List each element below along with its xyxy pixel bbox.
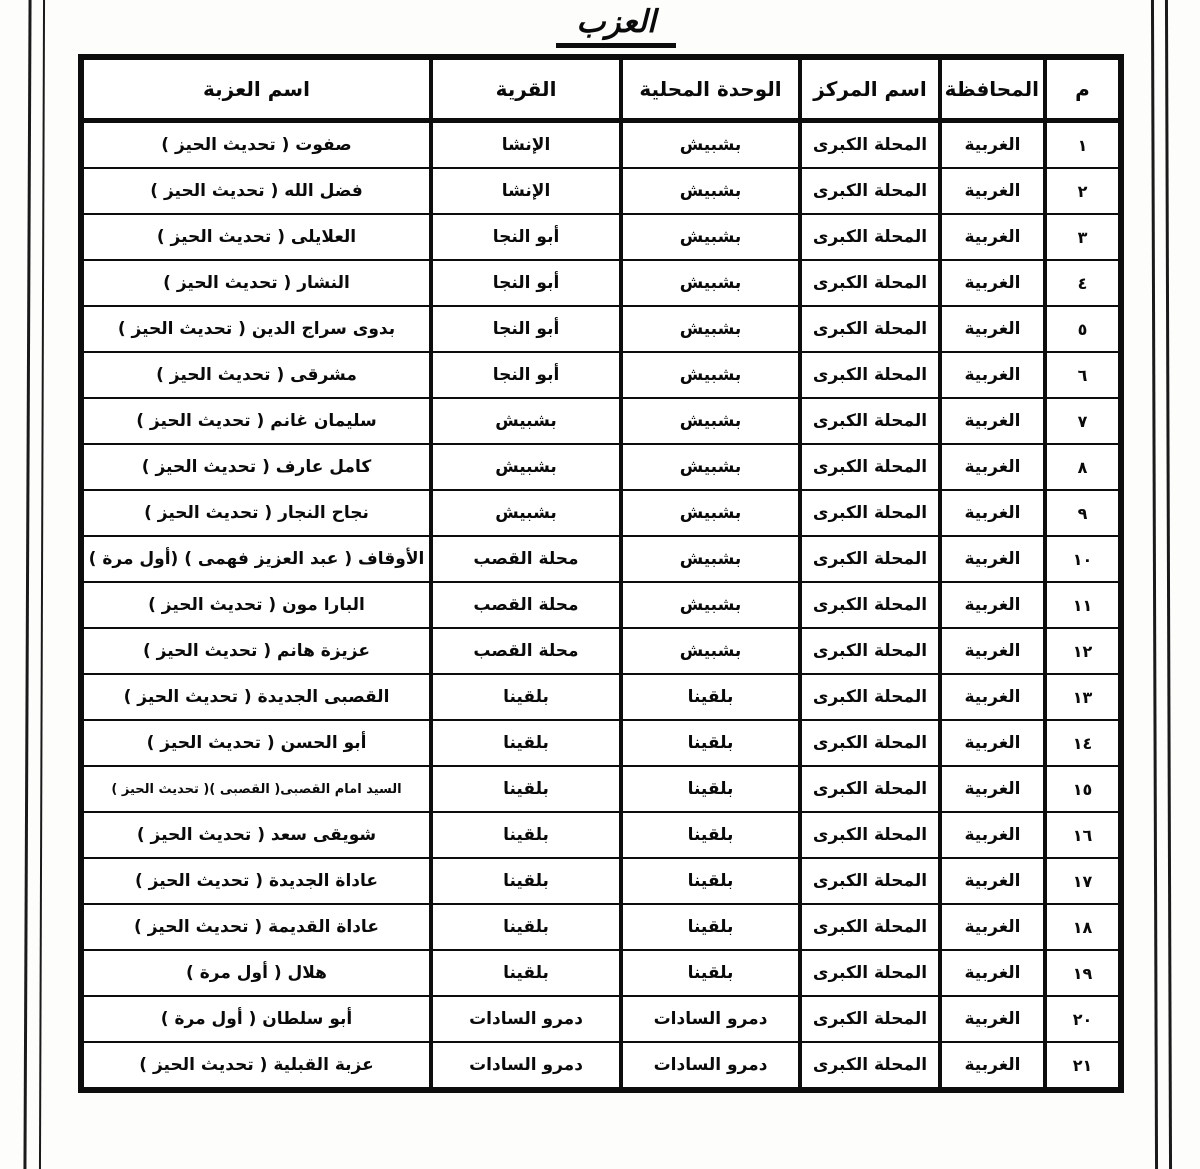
cell-center: المحلة الكبرى [800, 720, 940, 766]
cell-village: أبو النجا [431, 306, 621, 352]
cell-center: المحلة الكبرى [800, 306, 940, 352]
cell-local-unit: بشبيش [621, 444, 800, 490]
header-center: اسم المركز [800, 57, 940, 121]
cell-hamlet-name: عاداة القديمة ( تحديث الحيز ) [81, 904, 431, 950]
cell-hamlet-name: نجاح النجار ( تحديث الحيز ) [81, 490, 431, 536]
cell-local-unit: بشبيش [621, 536, 800, 582]
header-village: القرية [431, 57, 621, 121]
cell-number: ١١ [1045, 582, 1121, 628]
cell-hamlet-name: عزيزة هانم ( تحديث الحيز ) [81, 628, 431, 674]
header-local-unit: الوحدة المحلية [621, 57, 800, 121]
table-row: ١٥ الغربية المحلة الكبرى بلقينا بلقينا ا… [81, 766, 1121, 812]
cell-village: محلة القصب [431, 628, 621, 674]
cell-hamlet-name: بدوى سراج الدين ( تحديث الحيز ) [81, 306, 431, 352]
cell-number: ٧ [1045, 398, 1121, 444]
cell-village: بلقينا [431, 904, 621, 950]
cell-number: ١٠ [1045, 536, 1121, 582]
table-row: ١ الغربية المحلة الكبرى بشبيش الإنشا صفو… [81, 121, 1121, 169]
cell-local-unit: بشبيش [621, 260, 800, 306]
cell-local-unit: بلقينا [621, 812, 800, 858]
cell-hamlet-name: شويقى سعد ( تحديث الحيز ) [81, 812, 431, 858]
cell-center: المحلة الكبرى [800, 812, 940, 858]
cell-governorate: الغربية [940, 720, 1045, 766]
table-row: ١٤ الغربية المحلة الكبرى بلقينا بلقينا أ… [81, 720, 1121, 766]
table-row: ٤ الغربية المحلة الكبرى بشبيش أبو النجا … [81, 260, 1121, 306]
table-row: ٨ الغربية المحلة الكبرى بشبيش بشبيش كامل… [81, 444, 1121, 490]
cell-number: ١٢ [1045, 628, 1121, 674]
cell-governorate: الغربية [940, 490, 1045, 536]
header-governorate: المحافظة [940, 57, 1045, 121]
cell-local-unit: بشبيش [621, 352, 800, 398]
cell-village: بشبيش [431, 490, 621, 536]
hamlets-table-container: م المحافظة اسم المركز الوحدة المحلية الق… [78, 54, 1124, 1093]
cell-hamlet-name: العلايلى ( تحديث الحيز ) [81, 214, 431, 260]
cell-number: ٢١ [1045, 1042, 1121, 1090]
cell-number: ١٧ [1045, 858, 1121, 904]
table-row: ١٢ الغربية المحلة الكبرى بشبيش محلة القص… [81, 628, 1121, 674]
cell-governorate: الغربية [940, 306, 1045, 352]
table-row: ٢٠ الغربية المحلة الكبرى دمرو السادات دم… [81, 996, 1121, 1042]
cell-local-unit: بلقينا [621, 720, 800, 766]
cell-center: المحلة الكبرى [800, 766, 940, 812]
cell-number: ٨ [1045, 444, 1121, 490]
page-scan-edge-right-outer [1165, 0, 1172, 1169]
cell-local-unit: بشبيش [621, 582, 800, 628]
page-scan-edge-right-inner [1151, 0, 1158, 1169]
cell-center: المحلة الكبرى [800, 352, 940, 398]
cell-number: ١٣ [1045, 674, 1121, 720]
cell-number: ١٨ [1045, 904, 1121, 950]
cell-governorate: الغربية [940, 582, 1045, 628]
cell-center: المحلة الكبرى [800, 582, 940, 628]
cell-number: ١٤ [1045, 720, 1121, 766]
cell-village: الإنشا [431, 168, 621, 214]
cell-village: بشبيش [431, 444, 621, 490]
cell-local-unit: بشبيش [621, 214, 800, 260]
cell-center: المحلة الكبرى [800, 536, 940, 582]
table-row: ٩ الغربية المحلة الكبرى بشبيش بشبيش نجاح… [81, 490, 1121, 536]
cell-governorate: الغربية [940, 214, 1045, 260]
cell-governorate: الغربية [940, 950, 1045, 996]
cell-governorate: الغربية [940, 628, 1045, 674]
table-row: ١٧ الغربية المحلة الكبرى بلقينا بلقينا ع… [81, 858, 1121, 904]
page-scan-edge-left-outer [23, 0, 31, 1169]
cell-number: ٤ [1045, 260, 1121, 306]
cell-local-unit: بشبيش [621, 306, 800, 352]
cell-village: محلة القصب [431, 582, 621, 628]
cell-governorate: الغربية [940, 536, 1045, 582]
cell-hamlet-name: الأوقاف ( عبد العزيز فهمى ) (أول مرة ) [81, 536, 431, 582]
cell-governorate: الغربية [940, 121, 1045, 169]
cell-governorate: الغربية [940, 260, 1045, 306]
cell-number: ١ [1045, 121, 1121, 169]
cell-center: المحلة الكبرى [800, 168, 940, 214]
hamlets-table: م المحافظة اسم المركز الوحدة المحلية الق… [78, 54, 1124, 1093]
cell-village: دمرو السادات [431, 1042, 621, 1090]
cell-center: المحلة الكبرى [800, 214, 940, 260]
cell-number: ٩ [1045, 490, 1121, 536]
table-row: ٢ الغربية المحلة الكبرى بشبيش الإنشا فضل… [81, 168, 1121, 214]
cell-local-unit: بلقينا [621, 766, 800, 812]
cell-village: أبو النجا [431, 214, 621, 260]
cell-local-unit: بلقينا [621, 950, 800, 996]
header-row: م المحافظة اسم المركز الوحدة المحلية الق… [81, 57, 1121, 121]
cell-center: المحلة الكبرى [800, 398, 940, 444]
cell-governorate: الغربية [940, 168, 1045, 214]
table-row: ١٩ الغربية المحلة الكبرى بلقينا بلقينا ه… [81, 950, 1121, 996]
table-row: ٢١ الغربية المحلة الكبرى دمرو السادات دم… [81, 1042, 1121, 1090]
cell-governorate: الغربية [940, 398, 1045, 444]
table-row: ١٣ الغربية المحلة الكبرى بلقينا بلقينا ا… [81, 674, 1121, 720]
cell-local-unit: دمرو السادات [621, 1042, 800, 1090]
cell-hamlet-name: أبو الحسن ( تحديث الحيز ) [81, 720, 431, 766]
cell-center: المحلة الكبرى [800, 628, 940, 674]
cell-center: المحلة الكبرى [800, 444, 940, 490]
cell-local-unit: بشبيش [621, 168, 800, 214]
cell-village: بلقينا [431, 812, 621, 858]
table-row: ٦ الغربية المحلة الكبرى بشبيش أبو النجا … [81, 352, 1121, 398]
cell-number: ٦ [1045, 352, 1121, 398]
cell-hamlet-name: السيد امام القصبى( القصبى )( تحديث الحيز… [81, 766, 431, 812]
cell-local-unit: بلقينا [621, 904, 800, 950]
cell-center: المحلة الكبرى [800, 858, 940, 904]
cell-village: أبو النجا [431, 260, 621, 306]
cell-village: أبو النجا [431, 352, 621, 398]
cell-village: بشبيش [431, 398, 621, 444]
cell-number: ٢٠ [1045, 996, 1121, 1042]
table-row: ٧ الغربية المحلة الكبرى بشبيش بشبيش سليم… [81, 398, 1121, 444]
cell-hamlet-name: البارا مون ( تحديث الحيز ) [81, 582, 431, 628]
header-number: م [1045, 57, 1121, 121]
cell-village: بلقينا [431, 858, 621, 904]
page-title: العزب [556, 4, 676, 48]
cell-hamlet-name: سليمان غانم ( تحديث الحيز ) [81, 398, 431, 444]
cell-local-unit: بشبيش [621, 121, 800, 169]
cell-governorate: الغربية [940, 352, 1045, 398]
cell-governorate: الغربية [940, 904, 1045, 950]
cell-center: المحلة الكبرى [800, 121, 940, 169]
cell-center: المحلة الكبرى [800, 904, 940, 950]
cell-village: الإنشا [431, 121, 621, 169]
table-row: ١٨ الغربية المحلة الكبرى بلقينا بلقينا ع… [81, 904, 1121, 950]
cell-hamlet-name: كامل عارف ( تحديث الحيز ) [81, 444, 431, 490]
header-hamlet-name: اسم العزبة [81, 57, 431, 121]
cell-hamlet-name: فضل الله ( تحديث الحيز ) [81, 168, 431, 214]
table-body: ١ الغربية المحلة الكبرى بشبيش الإنشا صفو… [81, 121, 1121, 1091]
table-row: ١٠ الغربية المحلة الكبرى بشبيش محلة القص… [81, 536, 1121, 582]
cell-number: ٣ [1045, 214, 1121, 260]
cell-governorate: الغربية [940, 996, 1045, 1042]
cell-village: بلقينا [431, 720, 621, 766]
cell-governorate: الغربية [940, 444, 1045, 490]
cell-village: بلقينا [431, 950, 621, 996]
cell-hamlet-name: أبو سلطان ( أول مرة ) [81, 996, 431, 1042]
cell-local-unit: بشبيش [621, 490, 800, 536]
cell-governorate: الغربية [940, 1042, 1045, 1090]
cell-governorate: الغربية [940, 812, 1045, 858]
cell-center: المحلة الكبرى [800, 950, 940, 996]
table-row: ١٦ الغربية المحلة الكبرى بلقينا بلقينا ش… [81, 812, 1121, 858]
cell-hamlet-name: هلال ( أول مرة ) [81, 950, 431, 996]
cell-local-unit: بلقينا [621, 858, 800, 904]
cell-governorate: الغربية [940, 766, 1045, 812]
cell-hamlet-name: عاداة الجديدة ( تحديث الحيز ) [81, 858, 431, 904]
table-row: ١١ الغربية المحلة الكبرى بشبيش محلة القص… [81, 582, 1121, 628]
cell-village: دمرو السادات [431, 996, 621, 1042]
cell-center: المحلة الكبرى [800, 674, 940, 720]
cell-hamlet-name: النشار ( تحديث الحيز ) [81, 260, 431, 306]
cell-number: ١٩ [1045, 950, 1121, 996]
cell-hamlet-name: عزبة القبلية ( تحديث الحيز ) [81, 1042, 431, 1090]
table-row: ٣ الغربية المحلة الكبرى بشبيش أبو النجا … [81, 214, 1121, 260]
table-header: م المحافظة اسم المركز الوحدة المحلية الق… [81, 57, 1121, 121]
cell-governorate: الغربية [940, 674, 1045, 720]
cell-center: المحلة الكبرى [800, 490, 940, 536]
cell-hamlet-name: القصبى الجديدة ( تحديث الحيز ) [81, 674, 431, 720]
cell-number: ١٦ [1045, 812, 1121, 858]
page-scan-edge-left-inner [39, 0, 45, 1169]
cell-village: محلة القصب [431, 536, 621, 582]
cell-center: المحلة الكبرى [800, 260, 940, 306]
table-row: ٥ الغربية المحلة الكبرى بشبيش أبو النجا … [81, 306, 1121, 352]
cell-local-unit: بشبيش [621, 398, 800, 444]
cell-hamlet-name: مشرقى ( تحديث الحيز ) [81, 352, 431, 398]
cell-number: ٢ [1045, 168, 1121, 214]
cell-hamlet-name: صفوت ( تحديث الحيز ) [81, 121, 431, 169]
cell-center: المحلة الكبرى [800, 996, 940, 1042]
cell-village: بلقينا [431, 766, 621, 812]
cell-local-unit: بلقينا [621, 674, 800, 720]
cell-village: بلقينا [431, 674, 621, 720]
cell-local-unit: بشبيش [621, 628, 800, 674]
cell-number: ١٥ [1045, 766, 1121, 812]
cell-local-unit: دمرو السادات [621, 996, 800, 1042]
cell-center: المحلة الكبرى [800, 1042, 940, 1090]
cell-governorate: الغربية [940, 858, 1045, 904]
cell-number: ٥ [1045, 306, 1121, 352]
